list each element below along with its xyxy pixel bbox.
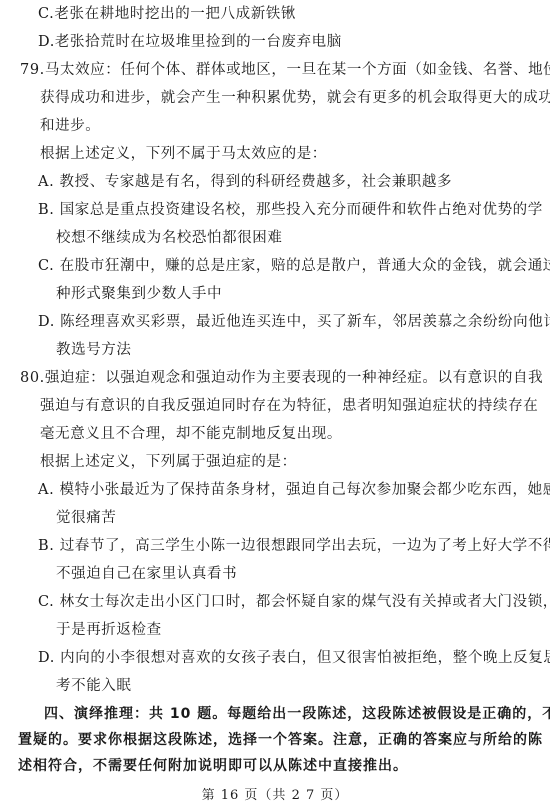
q80-option-a: A. 模特小张最近为了保持苗条身材，强迫自己每次参加聚会都少吃东西，她感 xyxy=(38,480,550,500)
option-text: 国家总是重点投资建设名校，那些投入充分而硬件和软件占绝对优势的学 xyxy=(60,202,543,218)
option-text: 老张拾荒时在垃圾堆里捡到的一台废弃电脑 xyxy=(55,34,342,50)
option-text: 老张在耕地时挖出的一把八成新铁锹 xyxy=(54,6,296,22)
option-text: 林女士每次走出小区门口时，都会怀疑自家的煤气没有关掉或者大门没锁， xyxy=(60,594,550,610)
option-text: 过春节了，高三学生小陈一边很想跟同学出去玩，一边为了考上好大学不得 xyxy=(60,538,550,554)
option-label: C. xyxy=(38,258,54,274)
option-label: D. xyxy=(38,34,55,50)
section4-line-1: 四、演绎推理：共 10 题。每题给出一段陈述，这段陈述被假设是正确的，不容 xyxy=(44,704,550,724)
q80-option-a-cont: 觉很痛苦 xyxy=(56,508,116,528)
q80-option-c-cont: 于是再折返检查 xyxy=(56,620,162,640)
option-label: A. xyxy=(38,174,54,190)
option-label: A. xyxy=(38,482,54,498)
q80-option-d-cont: 考不能入眠 xyxy=(56,676,132,696)
option-text: 陈经理喜欢买彩票，最近他连买连中，买了新车，邻居羡慕之余纷纷向他讨 xyxy=(60,314,550,330)
q80-prompt: 根据上述定义，下列属于强迫症的是： xyxy=(40,452,297,472)
q80-option-d: D. 内向的小李很想对喜欢的女孩子表白，但又很害怕被拒绝，整个晚上反复思 xyxy=(38,648,550,668)
q79-option-b-cont: 校想不继续成为名校恐怕都很困难 xyxy=(56,228,283,248)
q79-option-d: D. 陈经理喜欢买彩票，最近他连买连中，买了新车，邻居羡慕之余纷纷向他讨 xyxy=(38,312,550,332)
option-label: C. xyxy=(38,594,54,610)
q79-stem-line-1: 79.马太效应：任何个体、群体或地区，一旦在某一个方面（如金钱、名誉、地位等） xyxy=(20,60,550,80)
q80-option-b: B. 过春节了，高三学生小陈一边很想跟同学出去玩，一边为了考上好大学不得 xyxy=(38,536,550,556)
option-text: 在股市狂潮中，赚的总是庄家，赔的总是散户，普通大众的金钱，就会通过这 xyxy=(60,258,550,274)
q80-option-b-cont: 不强迫自己在家里认真看书 xyxy=(56,564,237,584)
option-c-prev: C.老张在耕地时挖出的一把八成新铁锹 xyxy=(38,4,296,24)
stem-text: 强迫症：以强迫观念和强迫动作为主要表现的一种神经症。以有意识的自我 xyxy=(45,370,543,386)
q79-option-a: A. 教授、专家越是有名，得到的科研经费越多，社会兼职越多 xyxy=(38,172,452,192)
option-label: B. xyxy=(38,202,54,218)
q80-option-c: C. 林女士每次走出小区门口时，都会怀疑自家的煤气没有关掉或者大门没锁， xyxy=(38,592,550,612)
option-d-prev: D.老张拾荒时在垃圾堆里捡到的一台废弃电脑 xyxy=(38,32,342,52)
option-label: B. xyxy=(38,538,54,554)
q80-stem-line-2: 强迫与有意识的自我反强迫同时存在为特征，患者明知强迫症状的持续存在 xyxy=(40,396,538,416)
option-label: D. xyxy=(38,650,55,666)
option-label: D. xyxy=(38,314,55,330)
option-text: 教授、专家越是有名，得到的科研经费越多，社会兼职越多 xyxy=(60,174,453,190)
section4-line-2: 置疑的。要求你根据这段陈述，选择一个答案。注意，正确的答案应与所给的陈 xyxy=(18,730,543,750)
question-number: 79. xyxy=(20,62,45,78)
q79-stem-line-3: 和进步。 xyxy=(40,116,100,136)
section4-line-3: 述相符合，不需要任何附加说明即可以从陈述中直接推出。 xyxy=(18,756,408,776)
q80-stem-line-3: 毫无意义且不合理，却不能克制地反复出现。 xyxy=(40,424,342,444)
q79-prompt: 根据上述定义，下列不属于马太效应的是： xyxy=(40,144,327,164)
stem-text: 马太效应：任何个体、群体或地区，一旦在某一个方面（如金钱、名誉、地位等） xyxy=(45,62,550,78)
option-text: 模特小张最近为了保持苗条身材，强迫自己每次参加聚会都少吃东西，她感 xyxy=(60,482,550,498)
q79-stem-line-2: 获得成功和进步，就会产生一种积累优势，就会有更多的机会取得更大的成功 xyxy=(40,88,550,108)
q80-stem-line-1: 80.强迫症：以强迫观念和强迫动作为主要表现的一种神经症。以有意识的自我 xyxy=(20,368,543,388)
option-label: C. xyxy=(38,6,54,22)
option-text: 内向的小李很想对喜欢的女孩子表白，但又很害怕被拒绝，整个晚上反复思 xyxy=(60,650,550,666)
question-number: 80. xyxy=(20,370,45,386)
q79-option-d-cont: 教选号方法 xyxy=(56,340,132,360)
q79-option-c: C. 在股市狂潮中，赚的总是庄家，赔的总是散户，普通大众的金钱，就会通过这 xyxy=(38,256,550,276)
q79-option-c-cont: 种形式聚集到少数人手中 xyxy=(56,284,222,304)
q79-option-b: B. 国家总是重点投资建设名校，那些投入充分而硬件和软件占绝对优势的学 xyxy=(38,200,543,220)
page-footer: 第 16 页（共 2 7 页） xyxy=(0,784,550,803)
